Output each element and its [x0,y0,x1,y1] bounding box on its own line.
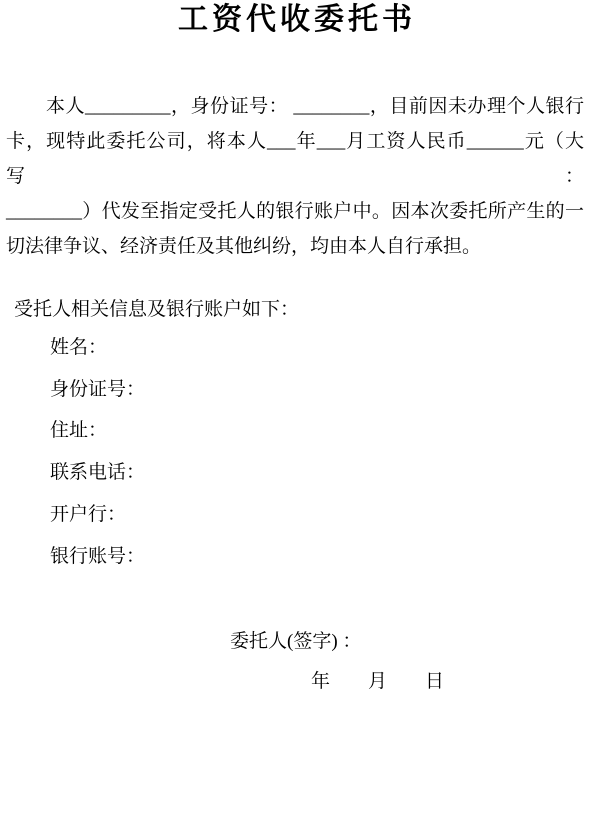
field-label-bank-account: 银行账号： [6,536,584,578]
trustee-section-heading: 受托人相关信息及银行账户如下： [6,292,584,327]
field-label-name: 姓名： [6,327,584,369]
body-paragraph: 本人_________，身份证号： ________，目前因未办理个人银行 卡，… [6,89,584,264]
field-label-address: 住址： [6,410,584,452]
paragraph-line-2: 卡，现特此委托公司，将本人___年___月工资人民币______元（大写： [6,124,584,194]
trustee-fields-list: 姓名： 身份证号： 住址： 联系电话： 开户行： 银行账号： [6,327,584,577]
field-label-id-number: 身份证号： [6,369,584,411]
authorization-letter-page: 工资代收委托书 本人_________，身份证号： ________，目前因未办… [0,0,590,834]
paragraph-line-4: 切法律争议、经济责任及其他纠纷，均由本人自行承担。 [6,229,584,264]
date-line: 年 月 日 [6,664,584,699]
document-title: 工资代收委托书 [6,0,584,40]
field-label-bank-branch: 开户行： [6,494,584,536]
field-label-phone: 联系电话： [6,452,584,494]
paragraph-line-1: 本人_________，身份证号： ________，目前因未办理个人银行 [6,89,584,124]
paragraph-line-3: ________）代发至指定受托人的银行账户中。因本次委托所产生的一 [6,194,584,229]
signer-signature-line: 委托人(签字) ： [6,624,584,659]
